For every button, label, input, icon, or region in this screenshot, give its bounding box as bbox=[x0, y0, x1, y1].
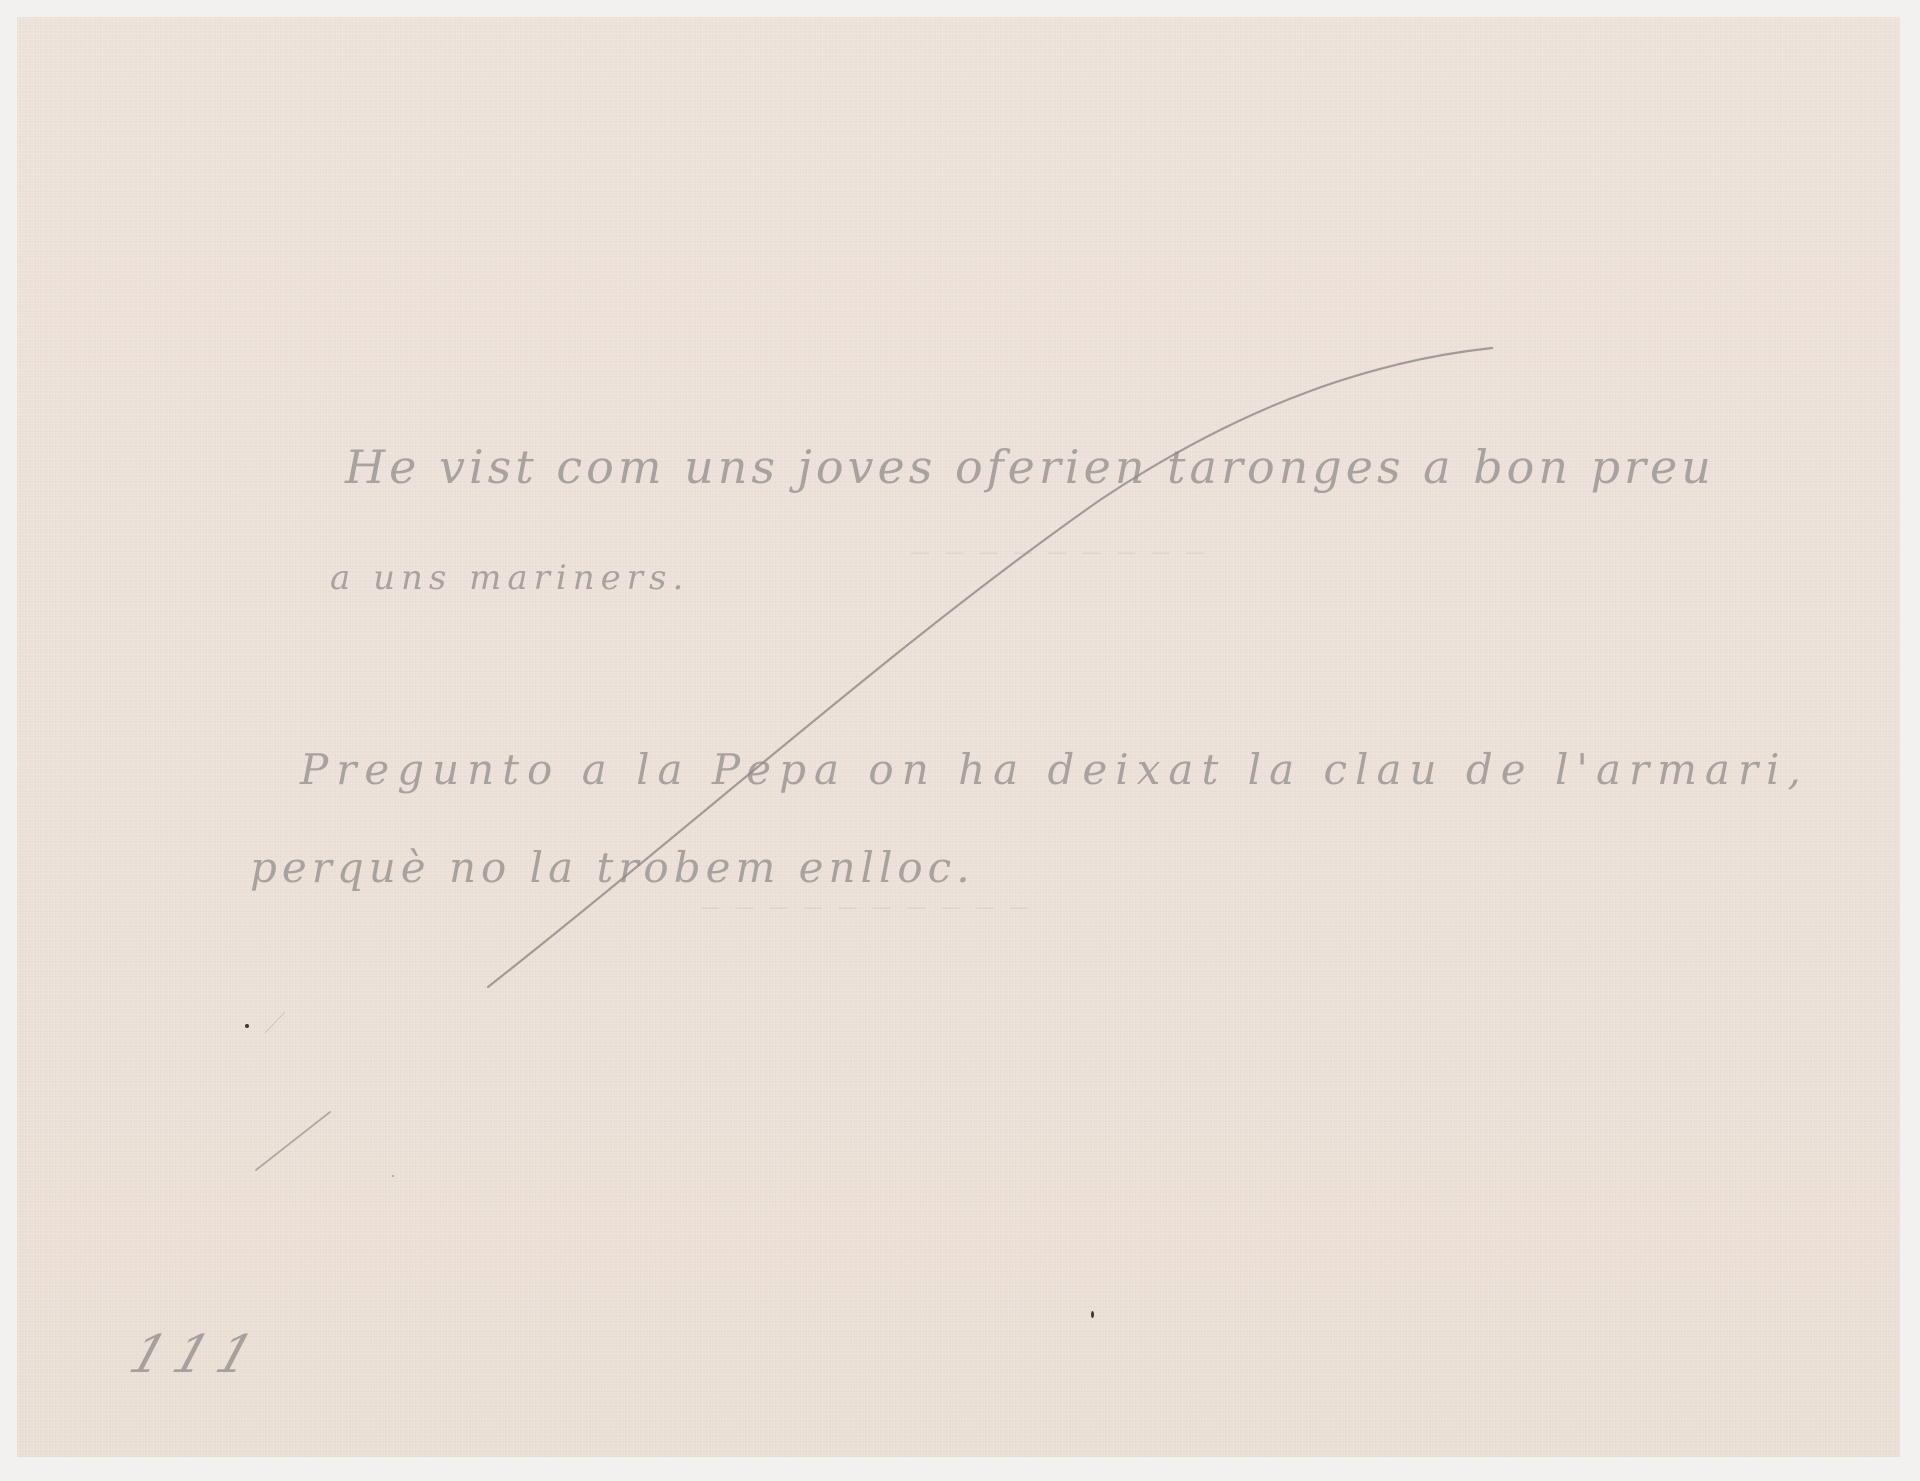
margin-page-number: 111 bbox=[122, 1325, 271, 1385]
paper-speck bbox=[245, 1024, 249, 1028]
manuscript-page bbox=[17, 17, 1900, 1457]
handwritten-line-1: He vist com uns joves oferien taronges a… bbox=[345, 440, 1715, 494]
bleed-through-text: — — — — — — — — — — bbox=[700, 895, 1033, 919]
paper-speck bbox=[1091, 1311, 1094, 1318]
paper-speck bbox=[392, 1175, 394, 1177]
handwritten-line-4: perquè no la trobem enlloc. bbox=[250, 843, 975, 892]
bleed-through-text: — — — — — — — — — bbox=[910, 540, 1209, 564]
handwritten-line-3: Pregunto a la Pepa on ha deixat la clau … bbox=[300, 745, 1809, 794]
handwritten-line-2: a uns mariners. bbox=[330, 558, 689, 598]
